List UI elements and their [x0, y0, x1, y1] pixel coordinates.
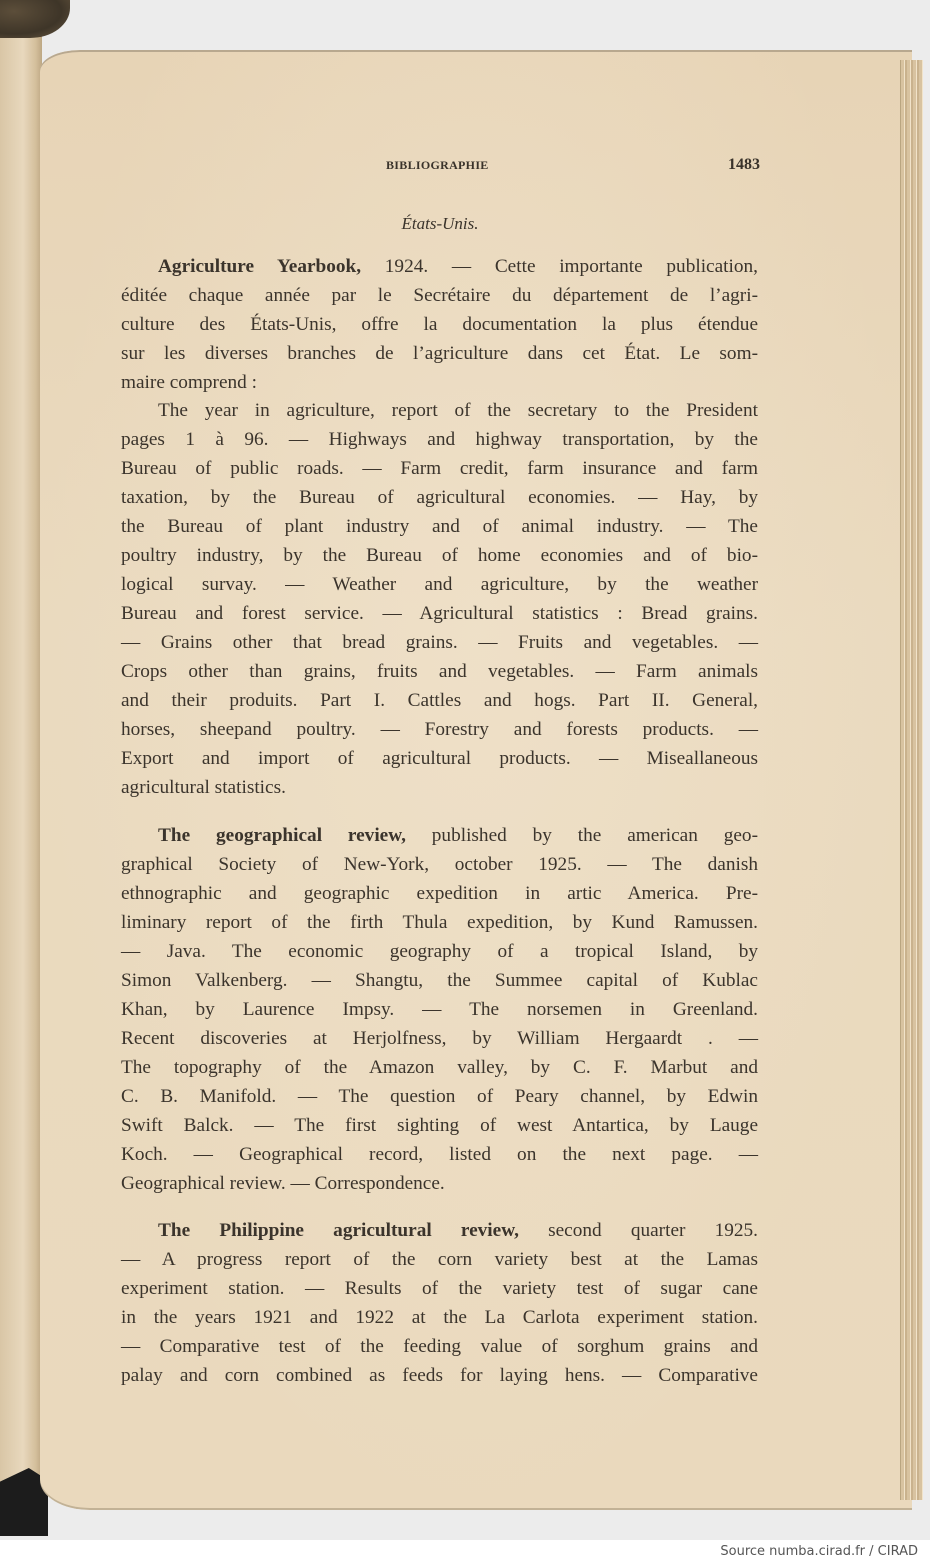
text-line: in the years 1921 and 1922 at the La Car…	[121, 1303, 758, 1332]
text-line: graphical Society of New-York, october 1…	[121, 850, 758, 879]
text-line: Recent discoveries at Herjolfness, by Wi…	[121, 1024, 758, 1053]
text-line: Swift Balck. — The first sighting of wes…	[121, 1111, 758, 1140]
text-line: — Grains other that bread grains. — Frui…	[121, 628, 758, 657]
entry-agriculture-yearbook: Agriculture Yearbook, 1924. — Cette impo…	[121, 252, 758, 397]
text-line: Simon Valkenberg. — Shangtu, the Summee …	[121, 966, 758, 995]
text-line: Crops other than grains, fruits and vege…	[121, 657, 758, 686]
text-line: agricultural statistics.	[121, 773, 758, 802]
text-line: Bureau of public roads. — Farm credit, f…	[121, 454, 758, 483]
text-line: The year in agriculture, report of the s…	[121, 396, 758, 425]
entry-title: The Philippine agricultural review,	[158, 1220, 519, 1241]
text-line: pages 1 à 96. — Highways and highway tra…	[121, 425, 758, 454]
text-line: Export and import of agricultural produc…	[121, 744, 758, 773]
text-line: — Java. The economic geography of a trop…	[121, 937, 758, 966]
page-leaves-edge	[900, 60, 923, 1500]
text-line: and their produits. Part I. Cattles and …	[121, 686, 758, 715]
text-line: Geographical review. — Correspondence.	[121, 1169, 758, 1198]
running-header: BIBLIOGRAPHIE 1483	[386, 158, 760, 178]
text-line: taxation, by the Bureau of agricultural …	[121, 483, 758, 512]
text-line: C. B. Manifold. — The question of Peary …	[121, 1082, 758, 1111]
source-credit: Source numba.cirad.fr / CIRAD	[720, 1544, 918, 1559]
text-line: horses, sheepand poultry. — Forestry and…	[121, 715, 758, 744]
text-line: palay and corn combined as feeds for lay…	[121, 1361, 758, 1390]
entry-first-line: The geographical review, published by th…	[121, 821, 758, 850]
entry-title: The geographical review,	[158, 825, 406, 846]
entry-first-line: Agriculture Yearbook, 1924. — Cette impo…	[121, 252, 758, 281]
entry-first-line: The Philippine agricultural review, seco…	[121, 1216, 758, 1245]
running-title: BIBLIOGRAPHIE	[386, 158, 489, 173]
previous-page-edge	[0, 30, 42, 1500]
text-line: sur les diverses branches de l’agricultu…	[121, 339, 758, 368]
text-line: The topography of the Amazon valley, by …	[121, 1053, 758, 1082]
text-line: Koch. — Geographical record, listed on t…	[121, 1140, 758, 1169]
entry-contents-list: The year in agriculture, report of the s…	[121, 396, 758, 802]
text-line: poultry industry, by the Bureau of home …	[121, 541, 758, 570]
text-line: experiment station. — Results of the var…	[121, 1274, 758, 1303]
section-heading-text: États-Unis.	[402, 214, 479, 234]
section-heading: États-Unis.	[0, 214, 880, 234]
entry-philippine-agricultural-review: The Philippine agricultural review, seco…	[121, 1216, 758, 1390]
page-number: 1483	[728, 156, 760, 174]
text-line: liminary report of the firth Thula exped…	[121, 908, 758, 937]
entry-title: Agriculture Yearbook,	[158, 256, 361, 277]
text-line: logical survay. — Weather and agricultur…	[121, 570, 758, 599]
text-line: the Bureau of plant industry and of anim…	[121, 512, 758, 541]
text-line: maire comprend :	[121, 368, 758, 397]
text-line: — Comparative test of the feeding value …	[121, 1332, 758, 1361]
text-line: éditée chaque année par le Secrétaire du…	[121, 281, 758, 310]
entry-geographical-review: The geographical review, published by th…	[121, 821, 758, 1198]
text-line: culture des États-Unis, offre la documen…	[121, 310, 758, 339]
text-line: Bureau and forest service. — Agricultura…	[121, 599, 758, 628]
text-line: Khan, by Laurence Impsy. — The norsemen …	[121, 995, 758, 1024]
text-line: ethnographic and geographic expedition i…	[121, 879, 758, 908]
text-line: — A progress report of the corn variety …	[121, 1245, 758, 1274]
